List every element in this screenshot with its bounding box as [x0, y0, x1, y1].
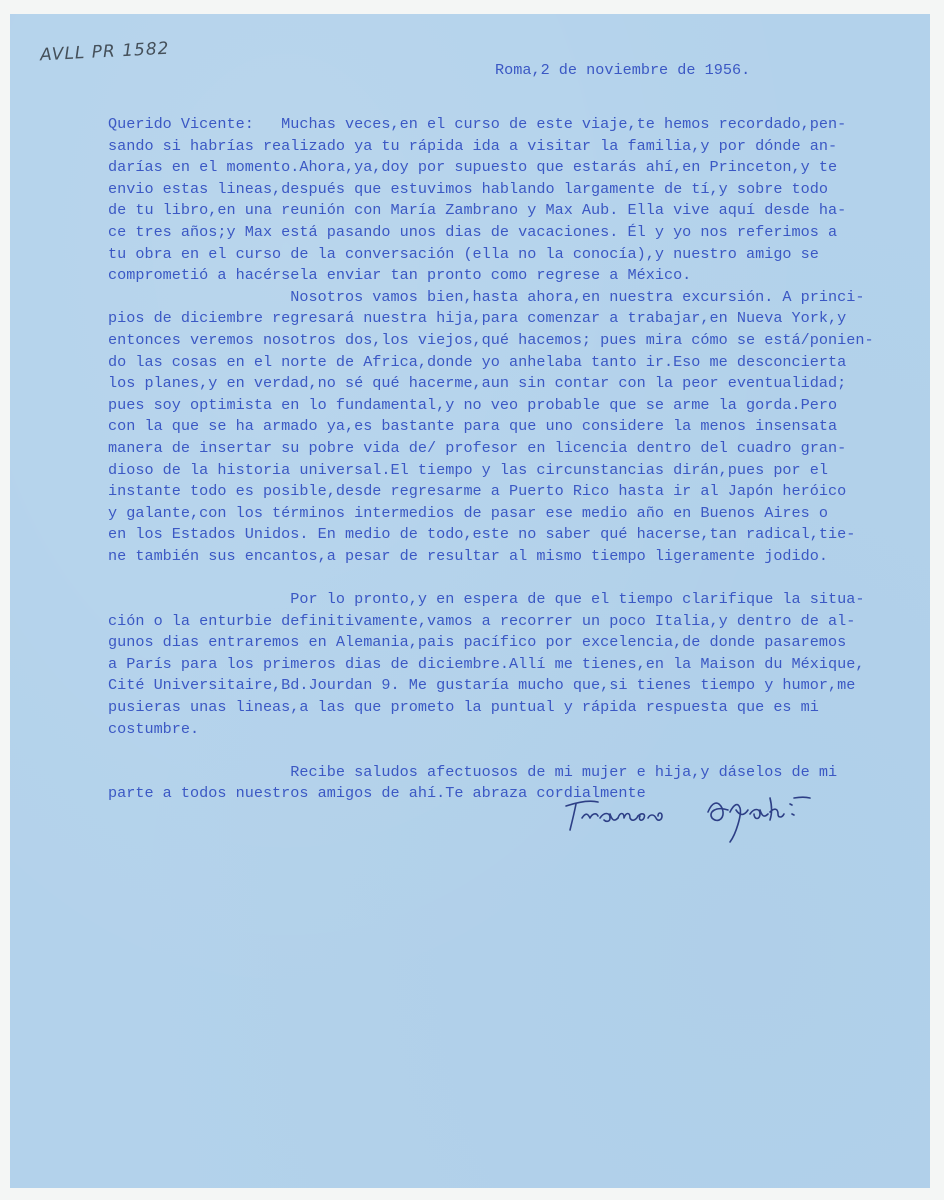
text-line: Nosotros vamos bien,hasta ahora,en nuest…	[108, 287, 874, 309]
text-line: ce tres años;y Max está pasando unos dia…	[108, 222, 874, 244]
text-line	[108, 740, 874, 762]
text-line: Recibe saludos afectuosos de mi mujer e …	[108, 762, 874, 784]
paragraph-3: Por lo pronto,y en espera de que el tiem…	[108, 567, 874, 740]
text-line	[108, 567, 874, 589]
text-line: comprometió a hacérsela enviar tan pront…	[108, 265, 874, 287]
paragraph-1: Querido Vicente: Muchas veces,en el curs…	[108, 114, 874, 287]
text-line: tu obra en el curso de la conversación (…	[108, 244, 874, 266]
text-line: con la que se ha armado ya,es bastante p…	[108, 416, 874, 438]
text-line: manera de insertar su pobre vida de/ pro…	[108, 438, 874, 460]
text-line: costumbre.	[108, 719, 874, 741]
text-line: pios de diciembre regresará nuestra hija…	[108, 308, 874, 330]
text-line: envio estas lineas,después que estuvimos…	[108, 179, 874, 201]
paragraph-2: Nosotros vamos bien,hasta ahora,en nuest…	[108, 287, 874, 568]
text-line: pusieras unas lineas,a las que prometo l…	[108, 697, 874, 719]
text-line: a París para los primeros dias de diciem…	[108, 654, 874, 676]
text-line: entonces veremos nosotros dos,los viejos…	[108, 330, 874, 352]
text-line: Querido Vicente: Muchas veces,en el curs…	[108, 114, 874, 136]
letter-body: Querido Vicente: Muchas veces,en el curs…	[108, 114, 874, 805]
text-line: Cité Universitaire,Bd.Jourdan 9. Me gust…	[108, 675, 874, 697]
text-line: gunos dias entraremos en Alemania,pais p…	[108, 632, 874, 654]
handwritten-signature: Francisco Ayala	[558, 784, 858, 844]
text-line: sando si habrías realizado ya tu rápida …	[108, 136, 874, 158]
text-line: de tu libro,en una reunión con María Zam…	[108, 200, 874, 222]
text-line: instante todo es posible,desde regresarm…	[108, 481, 874, 503]
text-line: darías en el momento.Ahora,ya,doy por su…	[108, 157, 874, 179]
text-line: los planes,y en verdad,no sé qué hacerme…	[108, 373, 874, 395]
letter-date: Roma,2 de noviembre de 1956.	[495, 61, 750, 79]
text-line: ción o la enturbie definitivamente,vamos…	[108, 611, 874, 633]
text-line: Por lo pronto,y en espera de que el tiem…	[108, 589, 874, 611]
archive-reference-note: AVLL PR 1582	[40, 39, 170, 66]
text-line: y galante,con los términos intermedios d…	[108, 503, 874, 525]
text-line: ne también sus encantos,a pesar de resul…	[108, 546, 874, 568]
text-line: do las cosas en el norte de Africa,donde…	[108, 352, 874, 374]
text-line: dioso de la historia universal.El tiempo…	[108, 460, 874, 482]
text-line: en los Estados Unidos. En medio de todo,…	[108, 524, 874, 546]
letter-page: AVLL PR 1582 Roma,2 de noviembre de 1956…	[10, 14, 930, 1188]
text-line: pues soy optimista en lo fundamental,y n…	[108, 395, 874, 417]
